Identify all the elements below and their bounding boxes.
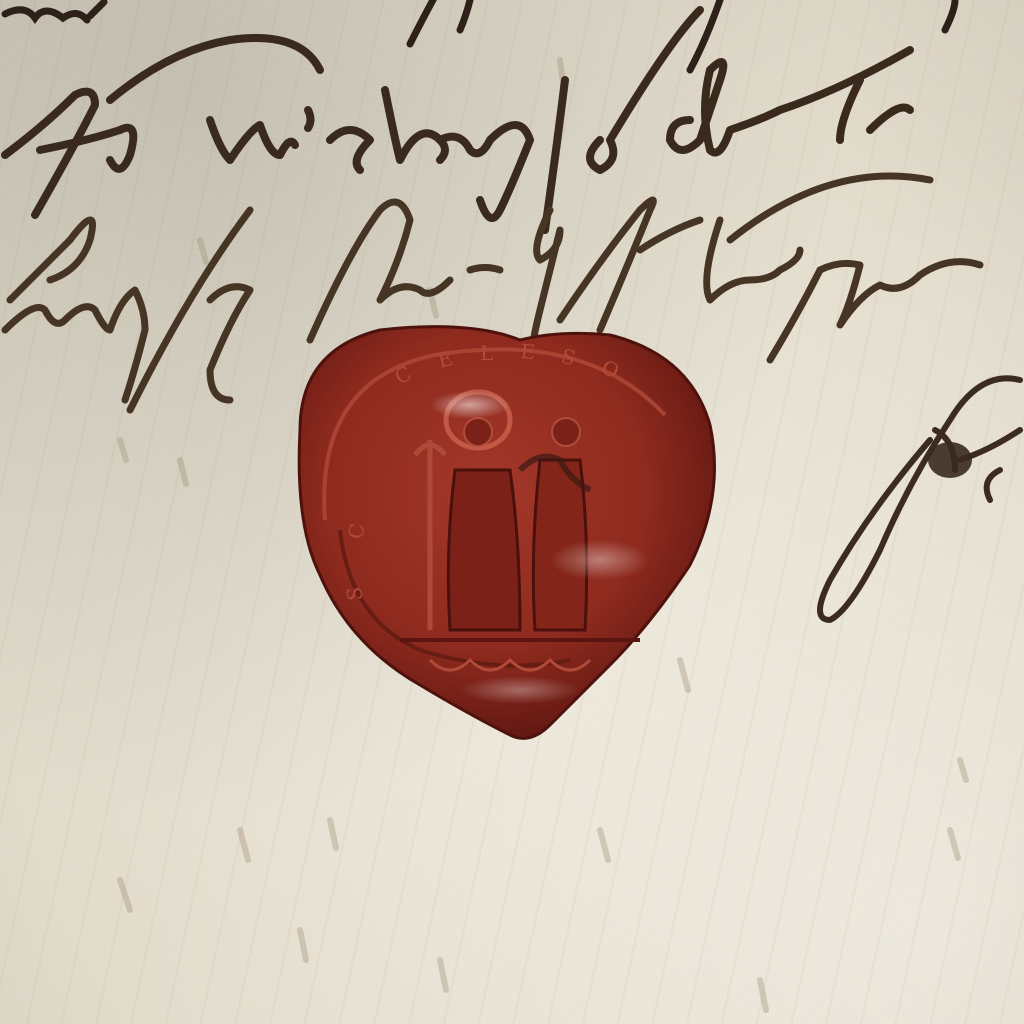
ink-fragment-right [820,378,1020,620]
figure-left [448,470,520,630]
svg-text:S: S [342,586,367,602]
ink-blot [928,442,972,478]
svg-text:L: L [480,341,493,365]
ink-line-1 [5,10,910,230]
ink-line-top [5,0,955,70]
wax-seal: C E L E S O S C [299,327,714,739]
document-photo: C E L E S O S C S·CAN·CELES·ON ...ſt wei… [0,0,1024,1024]
svg-text:E: E [520,339,537,364]
handwriting-ink: C E L E S O S C [0,0,1024,1024]
